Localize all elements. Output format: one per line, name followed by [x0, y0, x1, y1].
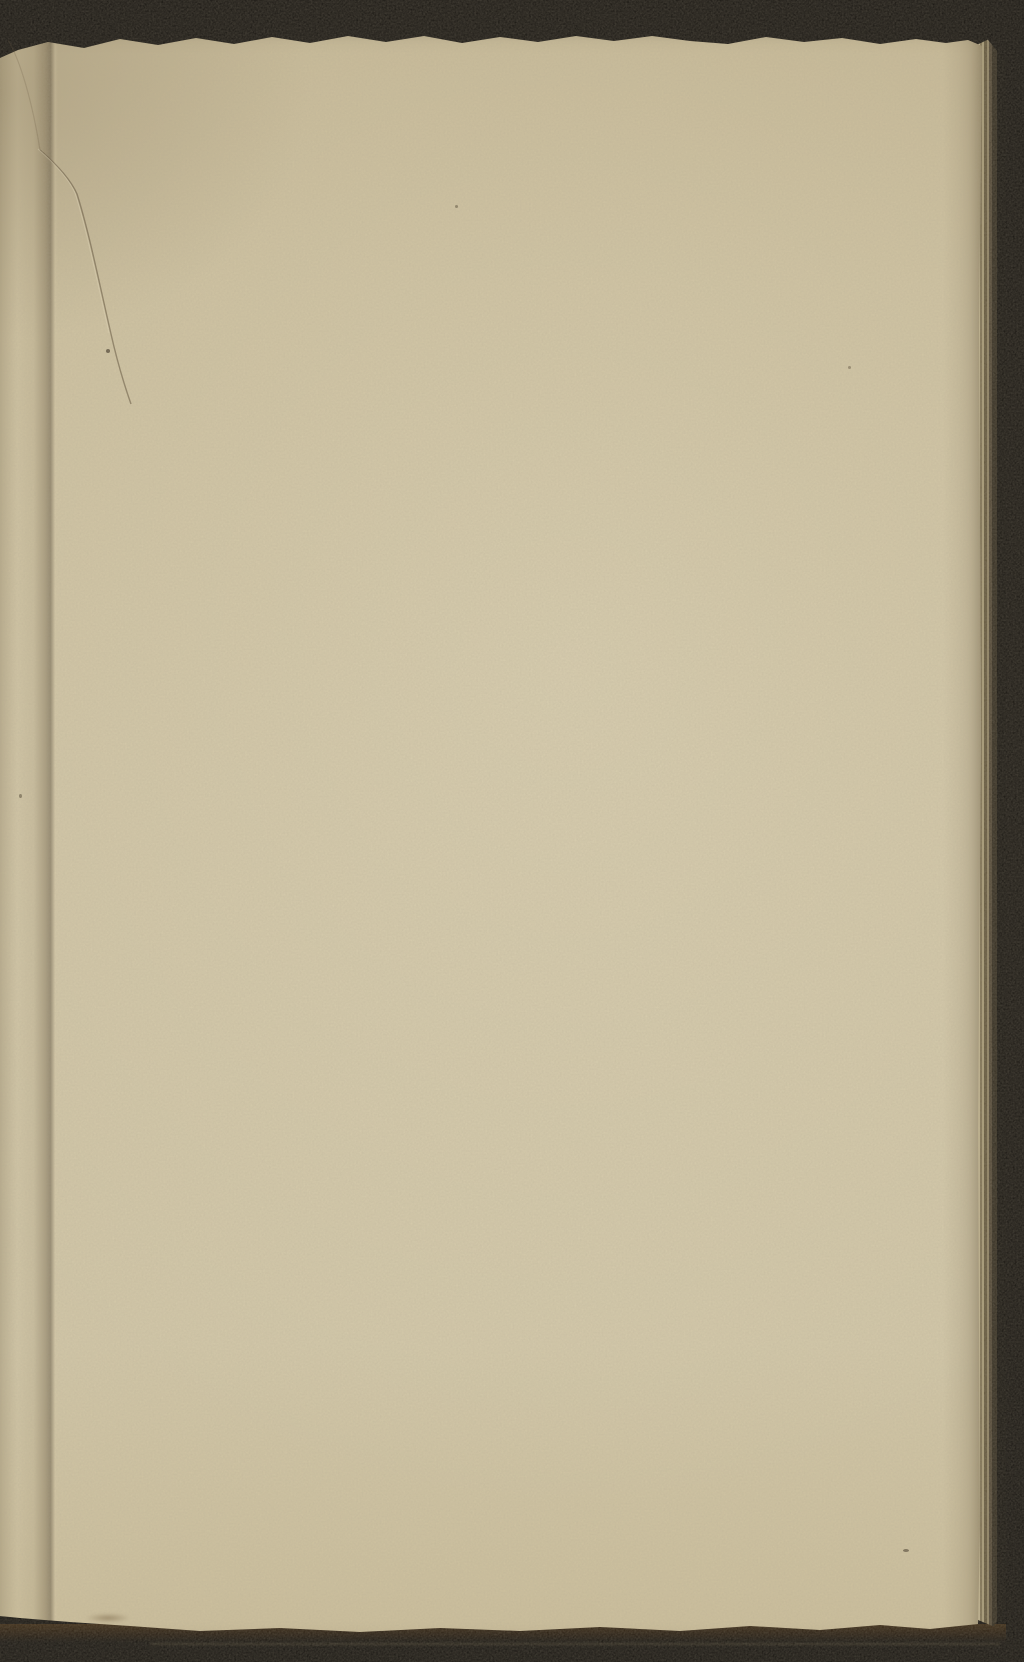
page-gutter-curl	[0, 28, 58, 1634]
next-page-edge-gleam	[150, 1643, 1000, 1645]
paper-speck	[848, 366, 851, 369]
paper-speck	[19, 794, 22, 798]
paper-smudge	[78, 1612, 138, 1624]
paper-speck	[903, 1549, 909, 1552]
scanned-book-spread: { "colors":{"paper":"#d2c5a3","ink":"#3a…	[0, 0, 1024, 1662]
paper-speck	[106, 349, 110, 353]
page-stack-edges	[978, 38, 1006, 1628]
book-page	[0, 28, 982, 1634]
paper-speck	[455, 205, 458, 208]
